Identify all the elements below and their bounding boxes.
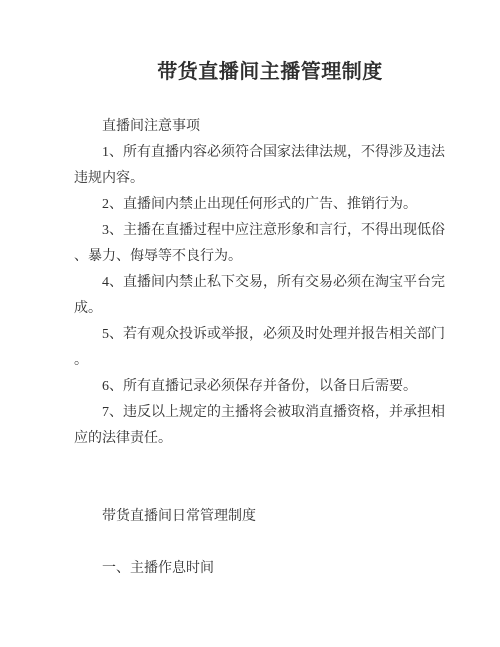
rule-item-2: 2、直播间内禁止出现任何形式的广告、推销行为。 — [74, 192, 426, 218]
section-heading-notes: 直播间注意事项 — [74, 114, 426, 140]
rule-item-6: 6、所有直播记录必须保存并备份，以备日后需要。 — [74, 374, 426, 400]
section-heading-daily-management: 带货直播间日常管理制度 — [74, 504, 426, 530]
section-heading-host-schedule: 一、主播作息时间 — [74, 556, 426, 582]
rule-item-1: 1、所有直播内容必须符合国家法律法规，不得涉及违法 违规内容。 — [74, 140, 426, 192]
rule-item-3: 3、主播在直播过程中应注意形象和言行，不得出现低俗 、暴力、侮辱等不良行为。 — [74, 218, 426, 270]
rule-item-4: 4、直播间内禁止私下交易，所有交易必须在淘宝平台完 成。 — [74, 270, 426, 322]
rule-item-5: 5、若有观众投诉或举报，必须及时处理并报告相关部门 。 — [74, 322, 426, 374]
document-page: 带货直播间主播管理制度 直播间注意事项1、所有直播内容必须符合国家法律法规，不得… — [0, 0, 500, 647]
rule-item-7: 7、违反以上规定的主播将会被取消直播资格，并承担相 应的法律责任。 — [74, 400, 426, 452]
document-body: 直播间注意事项1、所有直播内容必须符合国家法律法规，不得涉及违法 违规内容。2、… — [74, 114, 426, 582]
document-title: 带货直播间主播管理制度 — [74, 56, 426, 88]
